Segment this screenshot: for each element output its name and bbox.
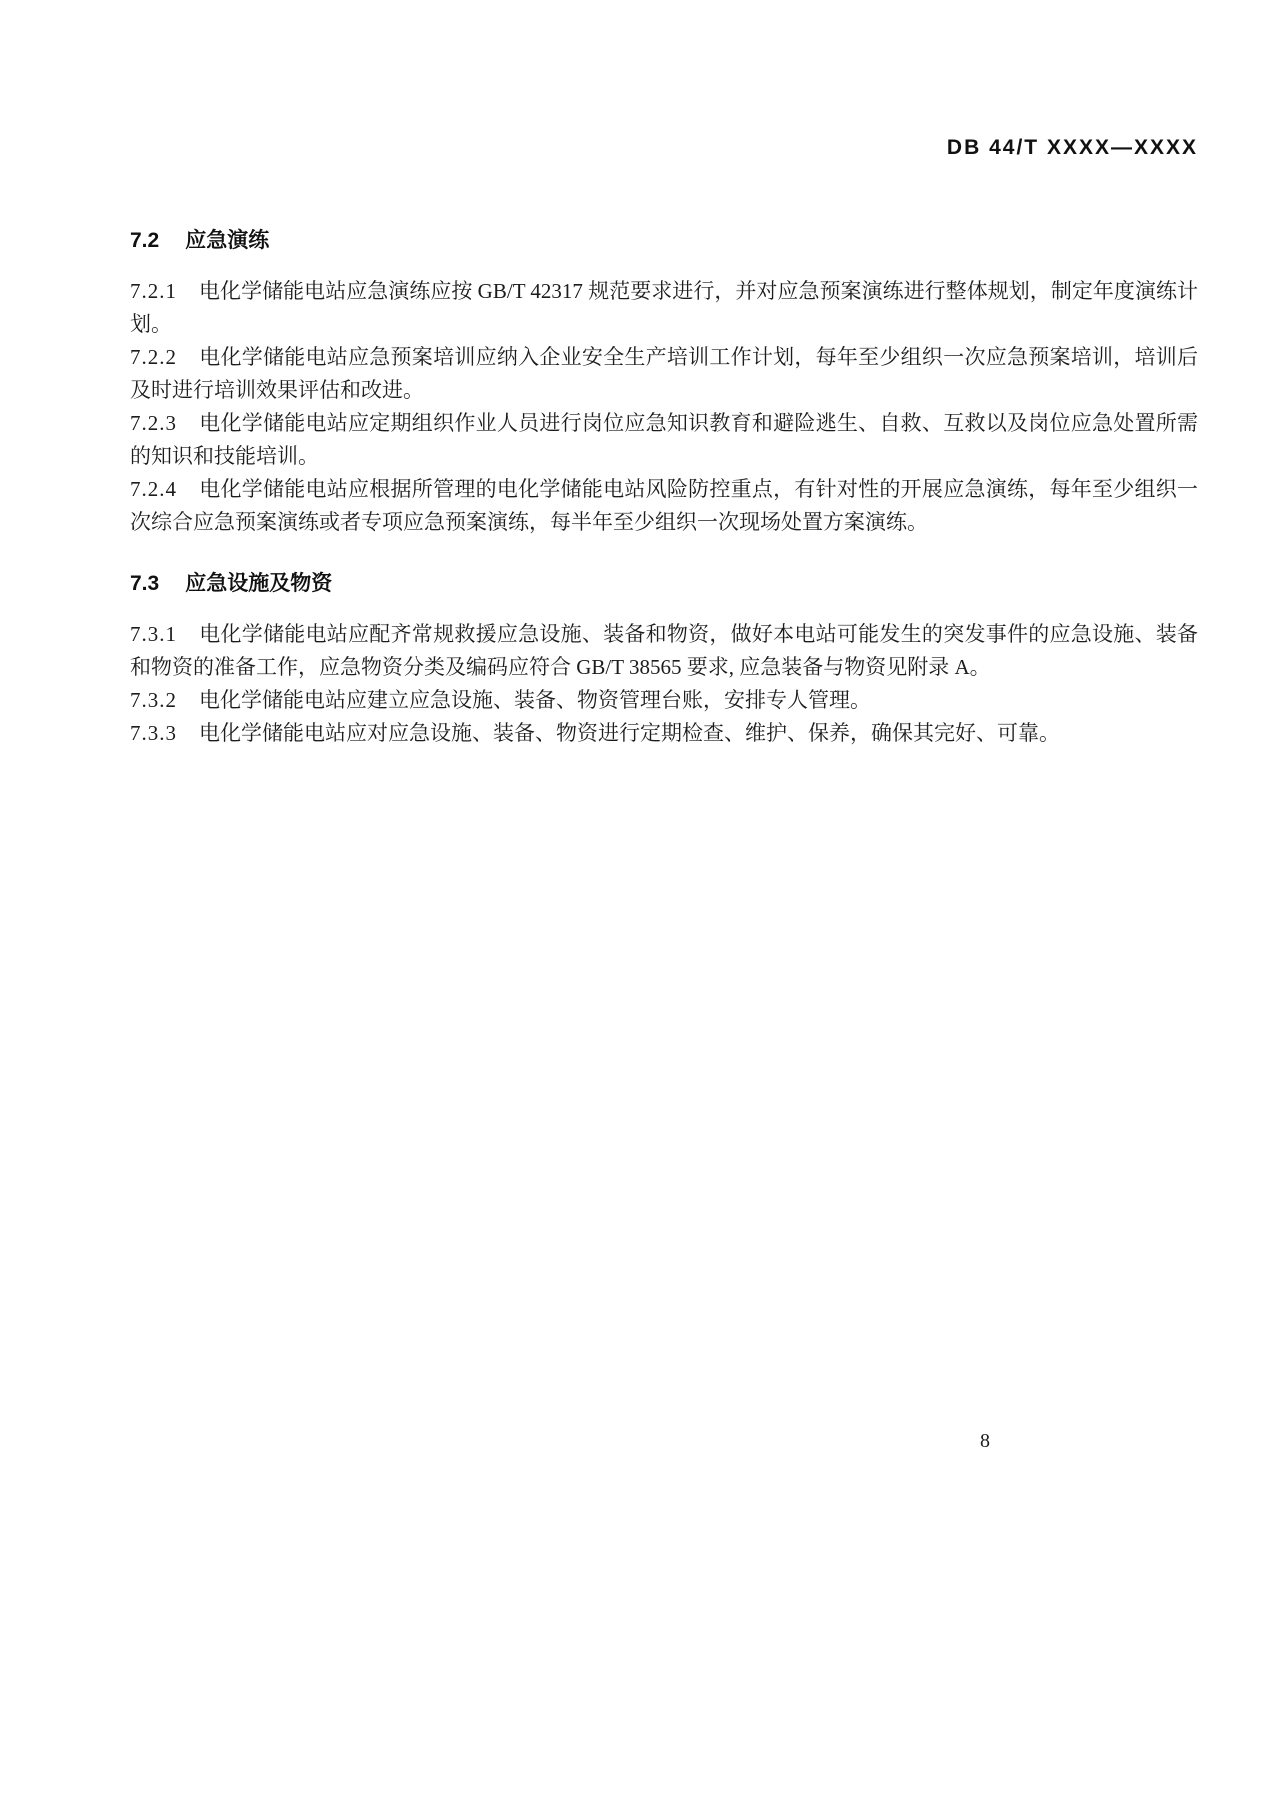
clause-number: 7.2.2 (130, 341, 177, 374)
section-title: 应急设施及物资 (185, 572, 332, 595)
document-page: DB 44/T XXXX—XXXX 7.2应急演练 7.2.1电化学储能电站应急… (0, 0, 1280, 1810)
clause: 7.2.4电化学储能电站应根据所管理的电化学储能电站风险防控重点，有针对性的开展… (130, 473, 1198, 539)
clause: 7.3.2电化学储能电站应建立应急设施、装备、物资管理台账，安排专人管理。 (130, 684, 1198, 717)
standard-number-header: DB 44/T XXXX—XXXX (130, 136, 1198, 160)
document-content: 7.2应急演练 7.2.1电化学储能电站应急演练应按 GB/T 42317 规范… (130, 224, 1198, 750)
clause: 7.3.3电化学储能电站应对应急设施、装备、物资进行定期检查、维护、保养，确保其… (130, 717, 1198, 750)
clause-text: 电化学储能电站应急演练应按 GB/T 42317 规范要求进行，并对应急预案演练… (130, 279, 1198, 336)
section-title: 应急演练 (185, 229, 269, 252)
clause-number: 7.2.4 (130, 473, 177, 506)
clause-number: 7.3.1 (130, 618, 177, 651)
section-heading: 7.3应急设施及物资 (130, 567, 1198, 600)
section-number: 7.3 (130, 567, 159, 600)
clause: 7.2.2电化学储能电站应急预案培训应纳入企业安全生产培训工作计划，每年至少组织… (130, 341, 1198, 407)
clause-text: 电化学储能电站应建立应急设施、装备、物资管理台账，安排专人管理。 (199, 688, 871, 712)
section-emergency-drill: 7.2应急演练 7.2.1电化学储能电站应急演练应按 GB/T 42317 规范… (130, 224, 1198, 539)
section-emergency-facilities: 7.3应急设施及物资 7.3.1电化学储能电站应配齐常规救援应急设施、装备和物资… (130, 567, 1198, 750)
clause-text: 电化学储能电站应定期组织作业人员进行岗位应急知识教育和避险逃生、自救、互救以及岗… (130, 411, 1198, 468)
page-number: 8 (900, 1430, 990, 1453)
clause-text: 电化学储能电站应急预案培训应纳入企业安全生产培训工作计划，每年至少组织一次应急预… (130, 345, 1198, 402)
clause-text: 电化学储能电站应配齐常规救援应急设施、装备和物资，做好本电站可能发生的突发事件的… (130, 622, 1198, 679)
section-heading: 7.2应急演练 (130, 224, 1198, 257)
section-number: 7.2 (130, 224, 159, 257)
clause: 7.2.3电化学储能电站应定期组织作业人员进行岗位应急知识教育和避险逃生、自救、… (130, 407, 1198, 473)
clause-number: 7.3.2 (130, 684, 177, 717)
clause: 7.2.1电化学储能电站应急演练应按 GB/T 42317 规范要求进行，并对应… (130, 275, 1198, 341)
clause-number: 7.3.3 (130, 717, 177, 750)
clause-text: 电化学储能电站应对应急设施、装备、物资进行定期检查、维护、保养，确保其完好、可靠… (199, 721, 1060, 745)
clause: 7.3.1电化学储能电站应配齐常规救援应急设施、装备和物资，做好本电站可能发生的… (130, 618, 1198, 684)
clause-text: 电化学储能电站应根据所管理的电化学储能电站风险防控重点，有针对性的开展应急演练，… (130, 477, 1198, 534)
clause-number: 7.2.1 (130, 275, 177, 308)
clause-number: 7.2.3 (130, 407, 177, 440)
